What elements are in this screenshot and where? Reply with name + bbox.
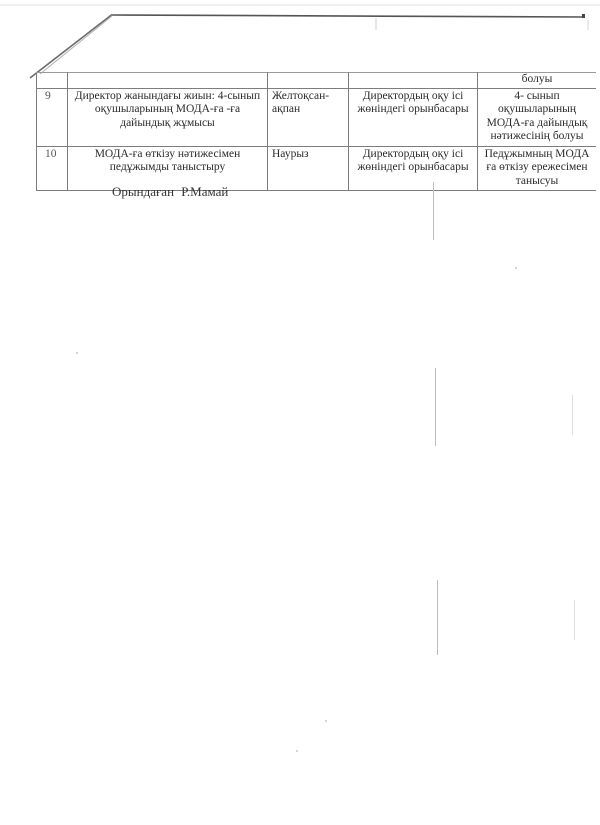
scan-artifact-line <box>433 182 434 240</box>
cell-number: 10 <box>37 146 68 191</box>
table-row: 9 Директор жанындағы жиын: 4-сынып оқушы… <box>37 88 597 146</box>
cell-number: 9 <box>37 88 68 146</box>
scan-speck <box>76 352 78 354</box>
scan-artifact-line <box>572 395 573 435</box>
cell-responsible: Директордың оқу ісі жөніндегі орынбасары <box>349 88 478 146</box>
cell-event <box>68 73 268 89</box>
cell-deadline: Желтоқсан-ақпан <box>268 88 349 146</box>
signature-name: Р.Мамай <box>181 184 228 199</box>
signature-line: Орындаған Р.Мамай <box>112 184 228 200</box>
cell-responsible: Директордың оқу ісі жөніндегі орынбасары <box>349 146 478 191</box>
cell-result: болуы <box>478 73 597 89</box>
cell-number <box>37 73 68 89</box>
cell-deadline <box>268 73 349 89</box>
cell-result: Педұжымның МОДА ға өткізу ережесімен тан… <box>478 146 597 191</box>
plan-table: болуы 9 Директор жанындағы жиын: 4-сынып… <box>36 72 596 191</box>
signature-label: Орындаған <box>112 184 174 199</box>
cell-deadline: Наурыз <box>268 146 349 191</box>
scan-speck <box>296 750 298 752</box>
scan-artifact-line <box>435 368 436 446</box>
scan-artifact-line <box>574 600 575 640</box>
table-row-continuation: болуы <box>37 73 597 89</box>
scan-speck <box>325 720 327 722</box>
cell-event: Директор жанындағы жиын: 4-сынып оқушыла… <box>68 88 268 146</box>
scan-artifact-line <box>437 580 438 655</box>
scan-speck <box>515 267 517 269</box>
cell-responsible <box>349 73 478 89</box>
cell-result: 4- сынып оқушыларының МОДА-ға дайындық н… <box>478 88 597 146</box>
